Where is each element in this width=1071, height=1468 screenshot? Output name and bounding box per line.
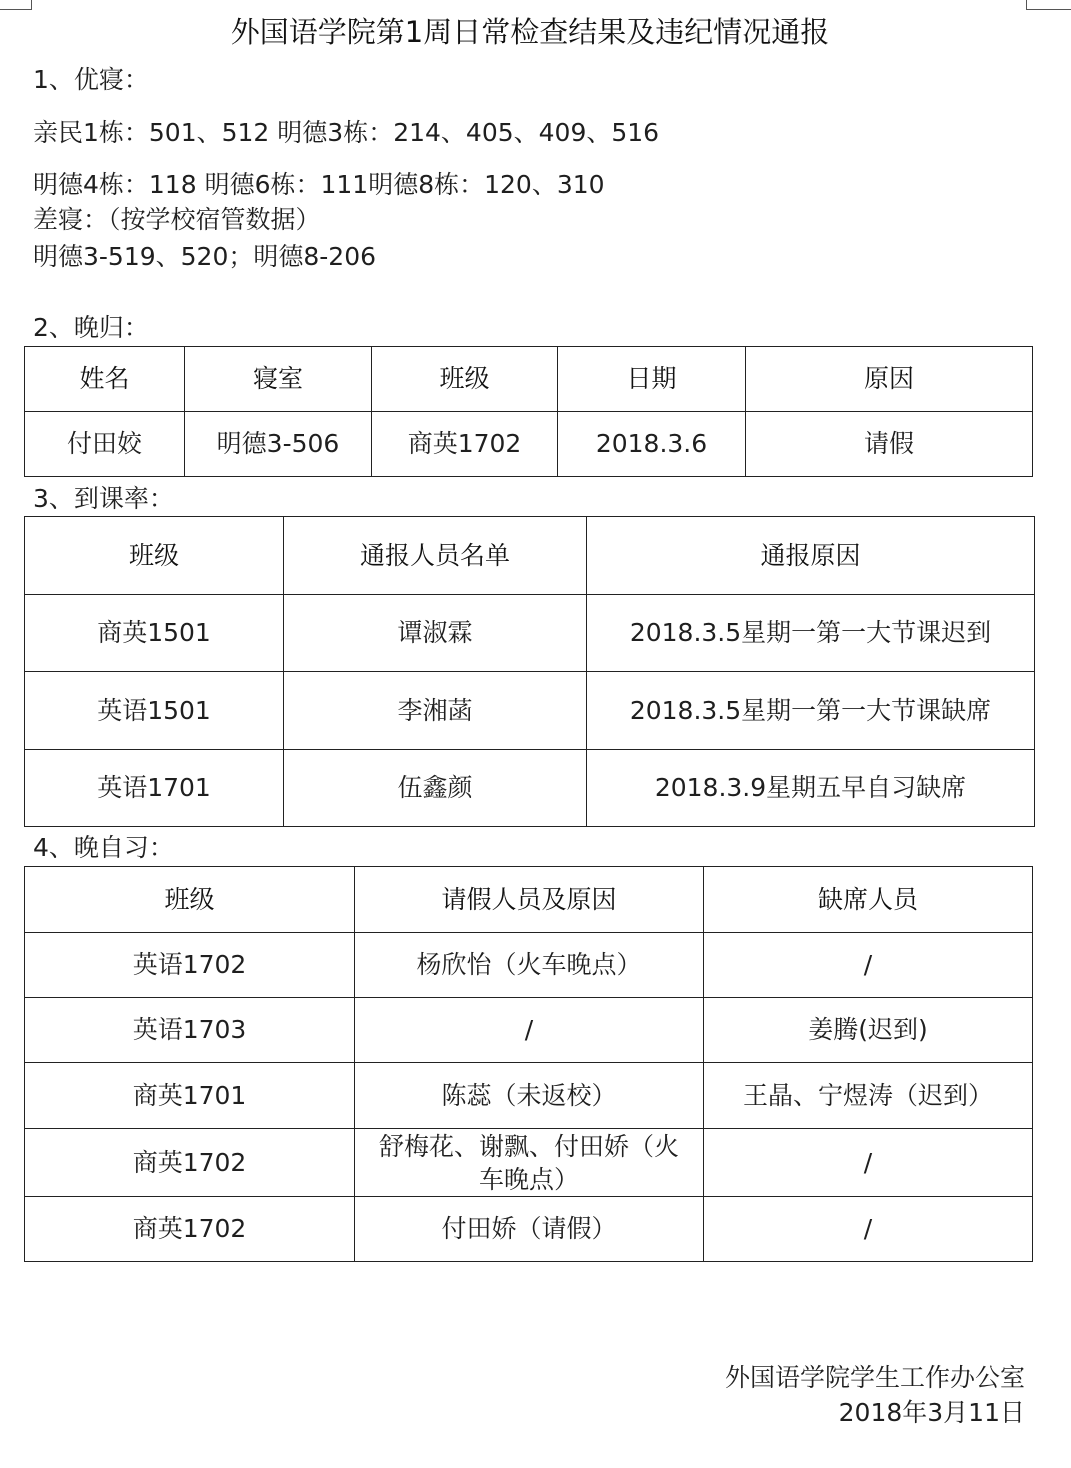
column-header: 缺席人员 <box>704 867 1033 933</box>
table-cell: / <box>704 1197 1033 1262</box>
issuing-office: 外国语学院学生工作办公室 <box>725 1361 1025 1395</box>
table-header-row: 姓名 寝室 班级 日期 原因 <box>25 347 1033 412</box>
late-return-table: 姓名 寝室 班级 日期 原因 付田姣 明德3-506 商英1702 2018.3… <box>24 346 1033 477</box>
table-row: 英语1703 / 姜腾(迟到) <box>25 998 1033 1063</box>
column-header: 日期 <box>558 347 746 412</box>
table-header-row: 班级 通报人员名单 通报原因 <box>25 517 1035 595</box>
table-row: 英语1501 李湘菡 2018.3.5星期一第一大节课缺席 <box>25 672 1035 750</box>
column-header: 班级 <box>372 347 558 412</box>
table-cell: 明德3-506 <box>185 412 372 477</box>
table-cell: 2018.3.6 <box>558 412 746 477</box>
table-row: 商英1501 谭淑霖 2018.3.5星期一第一大节课迟到 <box>25 595 1035 672</box>
table-cell: / <box>704 1129 1033 1197</box>
table-cell: 伍鑫颜 <box>284 750 587 827</box>
table-cell: / <box>355 998 704 1063</box>
section1-heading: 1、优寝： <box>33 64 149 96</box>
table-row: 英语1702 杨欣怡（火车晚点） / <box>25 933 1033 998</box>
issue-date: 2018年3月11日 <box>839 1396 1025 1430</box>
table-cell: 商英1501 <box>25 595 284 672</box>
table-cell: 商英1702 <box>372 412 558 477</box>
table-cell: 请假 <box>746 412 1033 477</box>
table-cell: / <box>704 933 1033 998</box>
column-header: 班级 <box>25 517 284 595</box>
table-row: 英语1701 伍鑫颜 2018.3.9星期五早自习缺席 <box>25 750 1035 827</box>
table-cell: 2018.3.5星期一第一大节课迟到 <box>587 595 1035 672</box>
table-cell: 李湘菡 <box>284 672 587 750</box>
column-header: 班级 <box>25 867 355 933</box>
column-header: 寝室 <box>185 347 372 412</box>
table-row: 商英1702 付田娇（请假） / <box>25 1197 1033 1262</box>
table-cell: 舒梅花、谢飘、付田娇（火车晚点） <box>355 1129 704 1197</box>
table-cell: 商英1701 <box>25 1063 355 1129</box>
table-cell: 商英1702 <box>25 1129 355 1197</box>
table-cell: 王晶、宁煜涛（迟到） <box>704 1063 1033 1129</box>
column-header: 请假人员及原因 <box>355 867 704 933</box>
page-corner-mark-right <box>1026 0 1071 10</box>
table-cell: 英语1701 <box>25 750 284 827</box>
section4-heading: 4、晚自习： <box>33 832 174 864</box>
evening-study-table: 班级 请假人员及原因 缺席人员 英语1702 杨欣怡（火车晚点） / 英语170… <box>24 866 1033 1262</box>
column-header: 姓名 <box>25 347 185 412</box>
table-cell: 2018.3.5星期一第一大节课缺席 <box>587 672 1035 750</box>
table-row: 商英1701 陈蕊（未返校） 王晶、宁煜涛（迟到） <box>25 1063 1033 1129</box>
table-cell: 杨欣怡（火车晚点） <box>355 933 704 998</box>
document-title: 外国语学院第1周日常检查结果及违纪情况通报 <box>0 12 1060 52</box>
table-header-row: 班级 请假人员及原因 缺席人员 <box>25 867 1033 933</box>
table-cell: 姜腾(迟到) <box>704 998 1033 1063</box>
column-header: 通报原因 <box>587 517 1035 595</box>
table-cell: 陈蕊（未返校） <box>355 1063 704 1129</box>
section1-line: 亲民1栋：501、512 明德3栋：214、405、409、516 <box>33 116 659 150</box>
table-cell: 2018.3.9星期五早自习缺席 <box>587 750 1035 827</box>
table-cell: 付田姣 <box>25 412 185 477</box>
section2-heading: 2、晚归： <box>33 312 149 344</box>
table-cell: 商英1702 <box>25 1197 355 1262</box>
section3-heading: 3、到课率： <box>33 483 174 515</box>
section1-line: 差寝：（按学校宿管数据） <box>33 203 321 237</box>
column-header: 通报人员名单 <box>284 517 587 595</box>
table-row: 付田姣 明德3-506 商英1702 2018.3.6 请假 <box>25 412 1033 477</box>
table-cell: 付田娇（请假） <box>355 1197 704 1262</box>
page-corner-mark-left <box>0 0 32 10</box>
table-cell: 英语1703 <box>25 998 355 1063</box>
attendance-table: 班级 通报人员名单 通报原因 商英1501 谭淑霖 2018.3.5星期一第一大… <box>24 516 1035 827</box>
column-header: 原因 <box>746 347 1033 412</box>
table-cell: 英语1702 <box>25 933 355 998</box>
section1-line: 明德4栋：118 明德6栋：111明德8栋：120、310 <box>33 168 605 202</box>
table-row: 商英1702 舒梅花、谢飘、付田娇（火车晚点） / <box>25 1129 1033 1197</box>
table-cell: 谭淑霖 <box>284 595 587 672</box>
table-cell: 英语1501 <box>25 672 284 750</box>
section1-line: 明德3-519、520；明德8-206 <box>33 240 376 274</box>
